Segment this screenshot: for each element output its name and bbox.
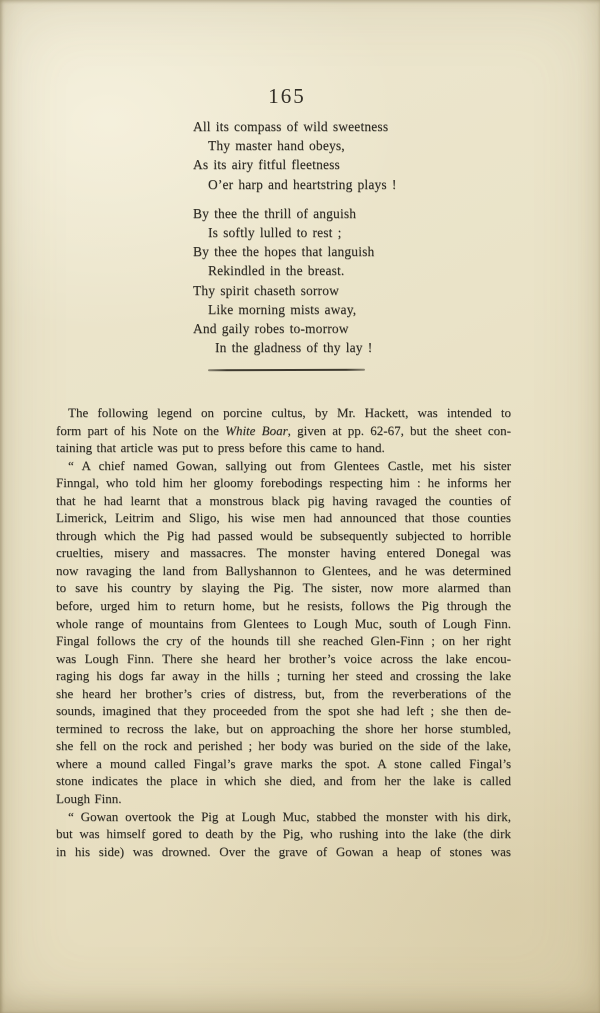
prose-line: taining that article was put to press be… [56,439,511,457]
prose-line: “ A chief named Gowan, sallying out from… [56,457,511,475]
poem-line: O’er harp and heartstring plays ! [208,175,397,194]
poem-line: In the gladness of thy lay ! [215,338,397,357]
prose-line: whole range of mountains from Glentees t… [56,615,511,633]
poem: All its compass of wild sweetnessThy mas… [193,117,397,357]
book-page: 165 All its compass of wild sweetnessThy… [0,0,600,1013]
prose-line: Limerick, Leitrim and Sligo, his wise me… [56,509,511,527]
prose-line: she heard her brother’s cries of distres… [56,685,511,703]
prose-line: raging his dogs far away in the hills ; … [56,667,511,685]
prose-line: termined to recross the lake, but on app… [56,720,511,738]
prose-line: where a mound called Fingal’s grave mark… [56,755,511,773]
poem-line: By thee the thrill of anguish [193,204,397,223]
prose-line: sounds, imagined that they proceeded fro… [56,702,511,720]
poem-line: And gaily robes to-morrow [193,319,397,338]
poem-stanza: All its compass of wild sweetnessThy mas… [193,117,397,194]
prose-line: was Lough Finn. There she heard her brot… [56,650,511,668]
poem-line: Like morning mists away, [208,300,397,319]
prose-line: stone indicates the place in which she d… [56,772,511,790]
prose-line: that he had learnt that a monstrous blac… [56,492,511,510]
prose-line: Finngal, who told him her gloomy forebod… [56,474,511,492]
poem-line: Is softly lulled to rest ; [208,223,397,242]
prose-line: before, urged him to return home, but he… [56,597,511,615]
poem-line: Thy spirit chaseth sorrow [193,281,397,300]
prose-line: cruelties, misery and massacres. The mon… [56,544,511,562]
prose-line: but was himself gored to death by the Pi… [56,825,511,843]
prose-line: The following legend on porcine cultus, … [56,404,511,422]
poem-line: By thee the hopes that languish [193,242,397,261]
prose-line: now ravaging the land from Ballyshannon … [56,562,511,580]
section-divider [208,369,365,372]
legend-text: The following legend on porcine cultus, … [56,404,511,860]
prose-line: form part of his Note on the White Boar,… [56,422,511,440]
prose-line: she fell on the rock and perished ; her … [56,737,511,755]
poem-line: All its compass of wild sweetness [193,117,397,136]
prose-line: through which the Pig had passed would b… [56,527,511,545]
poem-line: Thy master hand obeys, [208,136,397,155]
page-number: 165 [0,84,587,109]
poem-line: As its airy fitful fleetness [193,155,397,174]
prose-line: to save his country by slaying the Pig. … [56,579,511,597]
prose-line: Fingal follows the cry of the hounds til… [56,632,511,650]
prose-line: “ Gowan overtook the Pig at Lough Muc, s… [56,808,511,826]
prose-line: Lough Finn. [56,790,511,808]
poem-line: Rekindled in the breast. [208,261,397,280]
prose-line: in his side) was drowned. Over the grave… [56,843,511,861]
poem-stanza: By thee the thrill of anguishIs softly l… [193,204,397,358]
